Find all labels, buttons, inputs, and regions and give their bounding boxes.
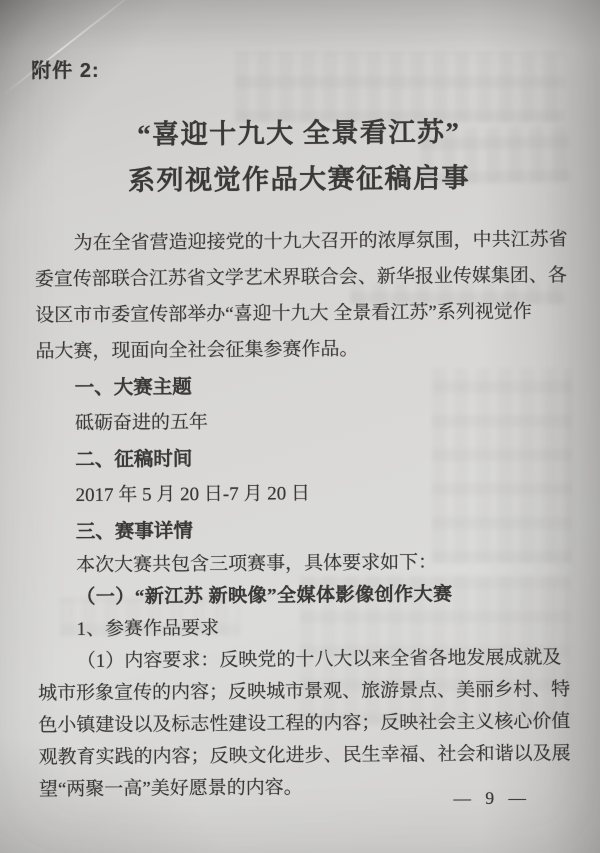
document-line: 色小镇建设以及标志性建设工程的内容；反映社会主义核心价值 [38, 706, 568, 742]
document-title-line1: “喜迎十九大 全景看江苏” [34, 109, 564, 152]
document-line: （1）内容要求：反映党的十八大以来全省各地发展成就及 [38, 642, 568, 678]
document-line: 为在全省营造迎接党的十九大召开的浓厚氛围，中共江苏省 [34, 222, 564, 262]
document-lines: 为在全省营造迎接党的十九大召开的浓厚氛围，中共江苏省委宣传部联合江苏省文学艺术界… [34, 222, 569, 806]
page-number: — 9 — [453, 787, 531, 809]
document-line: 本次大赛共包含三项赛事，具体要求如下： [37, 546, 567, 582]
document-photo: 附件 2: “喜迎十九大 全景看江苏” 系列视觉作品大赛征稿启事 为在全省营造迎… [0, 0, 600, 853]
document-line: 设区市市委宣传部举办“喜迎十九大 全景看江苏”系列视觉作 [35, 294, 565, 334]
document-line: 观教育实践的内容；反映文化进步、民生幸福、社会和谐以及展 [39, 738, 569, 774]
document-line: 二、征稿时间 [36, 438, 566, 478]
document-line: 委宣传部联合江苏省文学艺术界联合会、新华报业传媒集团、各 [35, 258, 565, 298]
attachment-label: 附件 2: [31, 54, 100, 84]
document-line: （一）“新江苏 新映像”全媒体影像创作大赛 [37, 578, 567, 614]
document-title-line2: 系列视觉作品大赛征稿启事 [34, 155, 564, 198]
document-line: 一、大赛主题 [36, 366, 566, 406]
document-line: 三、赛事详情 [37, 510, 567, 550]
document-line: 砥砺奋进的五年 [36, 402, 566, 442]
document-line: 2017 年 5 月 20 日-7 月 20 日 [36, 474, 566, 514]
document-page: 附件 2: “喜迎十九大 全景看江苏” 系列视觉作品大赛征稿启事 为在全省营造迎… [33, 0, 570, 853]
document-line: 品大赛，现面向全社会征集参赛作品。 [35, 330, 565, 370]
document-line: 城市形象宣传的内容；反映城市景观、旅游景点、美丽乡村、特 [38, 674, 568, 710]
document-line: 1、参赛作品要求 [38, 610, 568, 646]
